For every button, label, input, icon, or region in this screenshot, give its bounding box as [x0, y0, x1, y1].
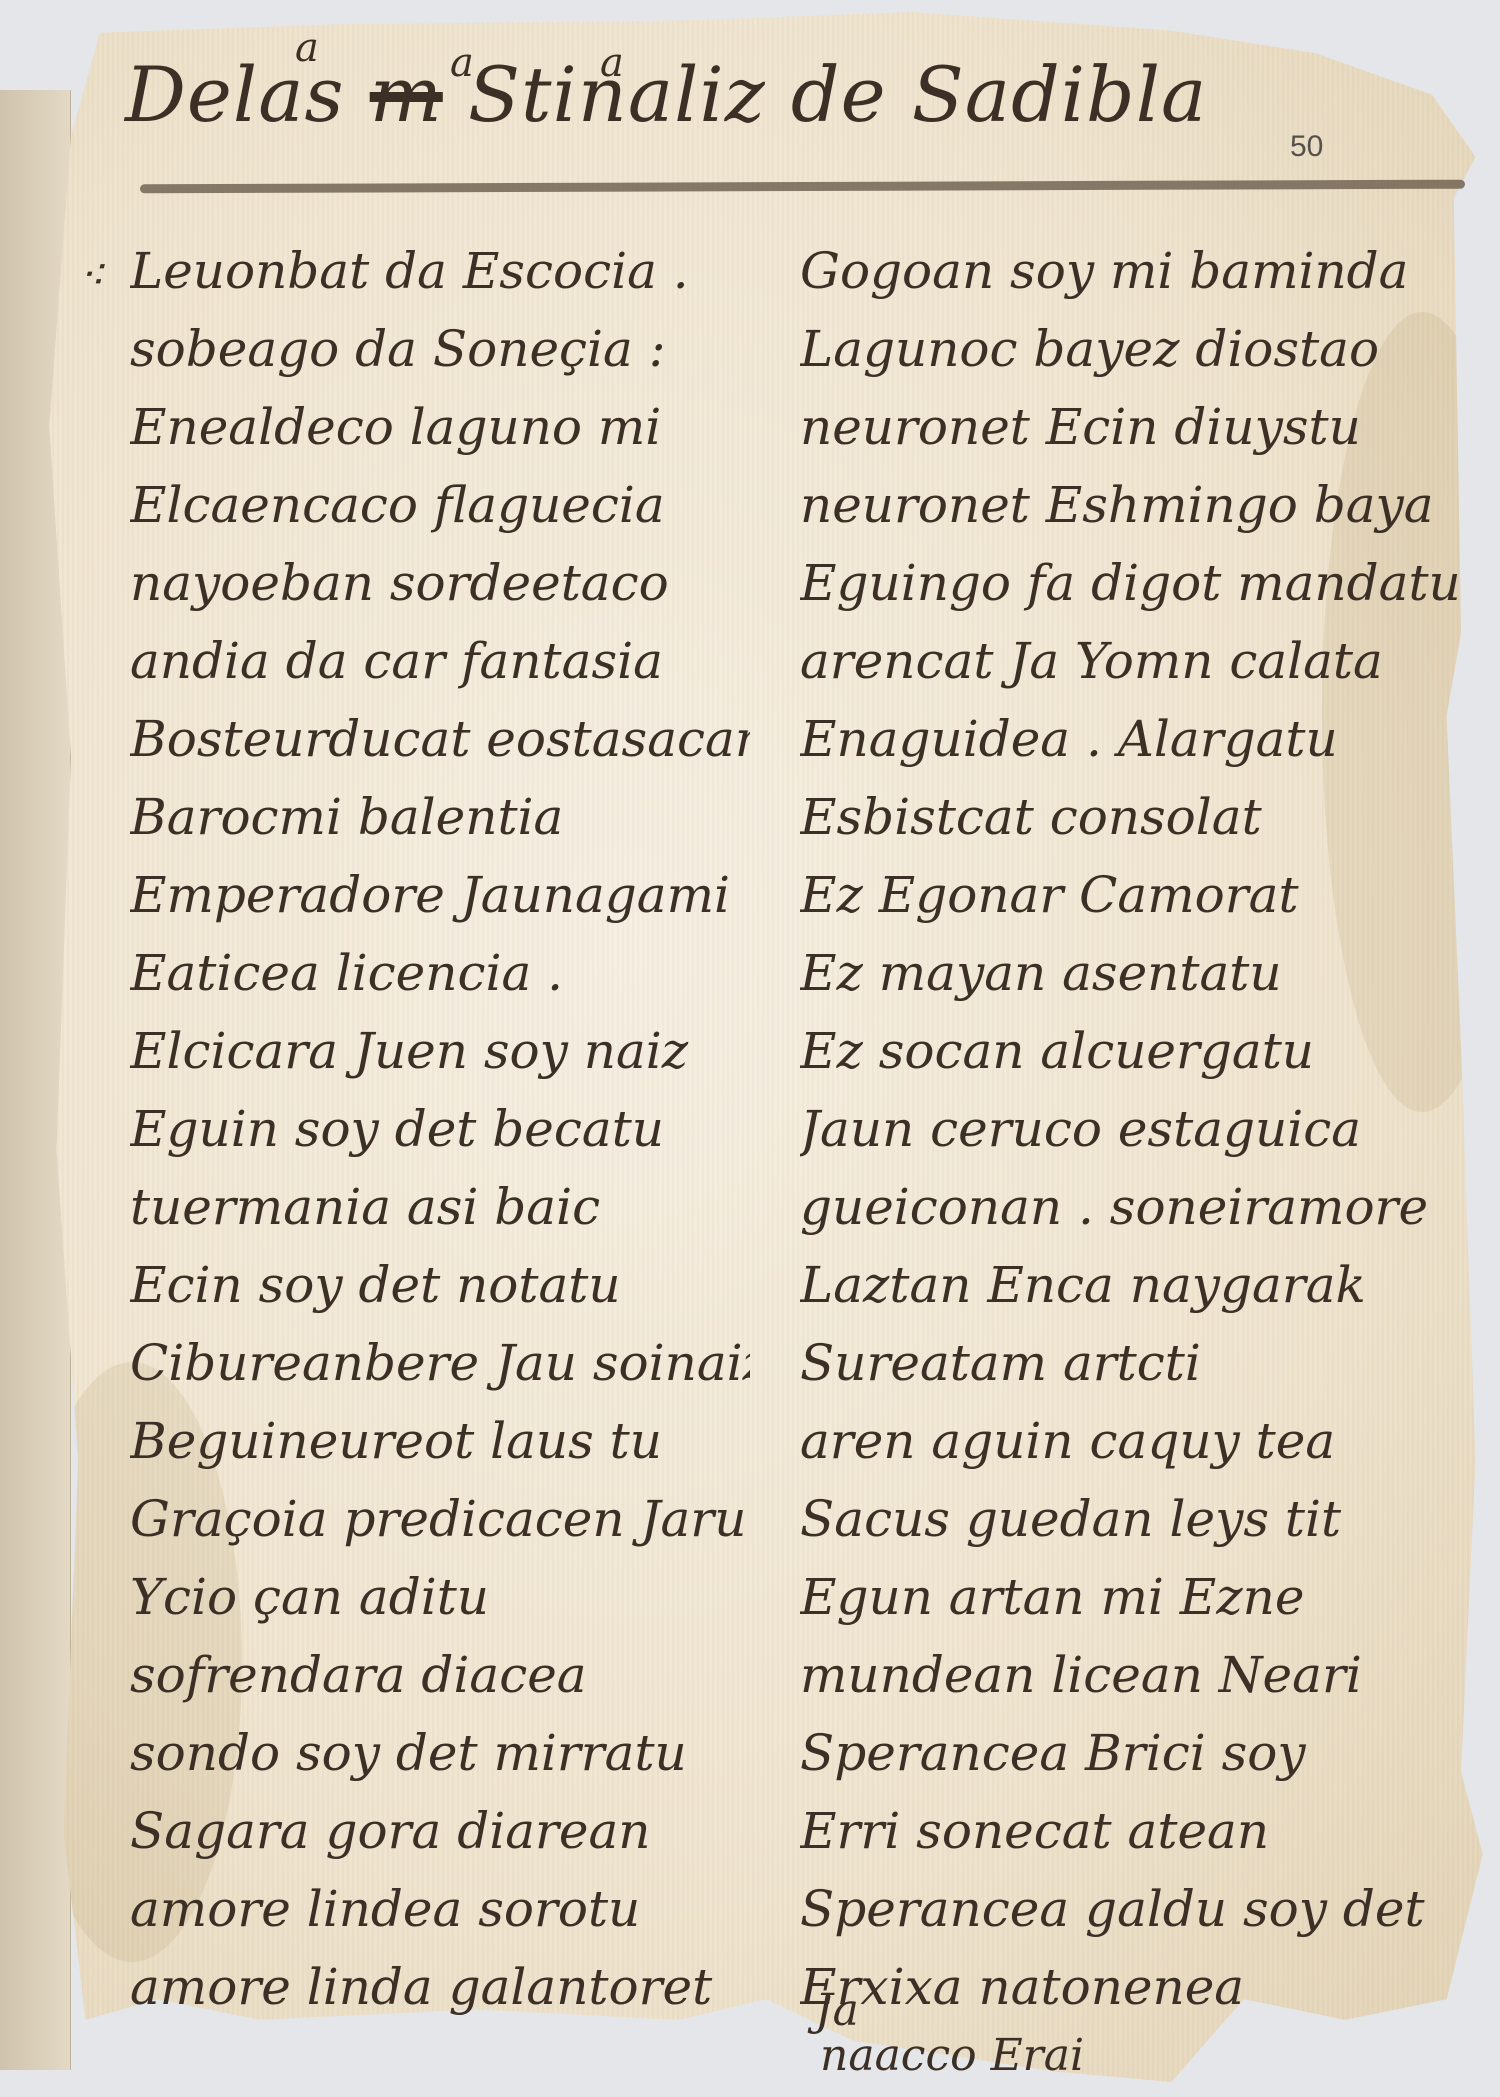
- verse-line: Elcicara Juen soy naiz: [130, 1012, 750, 1090]
- verse-line: tuermania asi baic: [130, 1168, 750, 1246]
- verse-line: Lagunoc bayez diostao: [800, 310, 1460, 388]
- verse-line: Sperancea galdu soy det: [800, 1870, 1460, 1948]
- verse-line: Sagara gora diarean: [130, 1792, 750, 1870]
- verse-line: Enealdeco laguno mi: [130, 388, 750, 466]
- left-column: Leuonbat da Escocia . sobeago da Soneçia…: [130, 232, 750, 2026]
- right-column: Gogoan soy mi baminda Lagunoc bayez dios…: [800, 232, 1460, 2026]
- verse-line: Eguin soy det becatu: [130, 1090, 750, 1168]
- verse-line: gueiconan . soneiramore: [800, 1168, 1460, 1246]
- verse-line: sondo soy det mirratu: [130, 1714, 750, 1792]
- verse-line: Sperancea Brici soy: [800, 1714, 1460, 1792]
- torn-fragment-text: Ja: [815, 1985, 859, 2036]
- verse-line: Ecin soy det notatu: [130, 1246, 750, 1324]
- verse-line: Laztan Enca naygarak: [800, 1246, 1460, 1324]
- verse-line: sofrendara diacea: [130, 1636, 750, 1714]
- verse-line: Barocmi balentia: [130, 778, 750, 856]
- verse-line: amore linda galantoret: [130, 1948, 750, 2026]
- verse-line: Elcaencaco flaguecia: [130, 466, 750, 544]
- verse-line: neuronet Ecin diuystu: [800, 388, 1460, 466]
- title-superscript: a: [295, 25, 319, 71]
- verse-line: Emperadore Jaunagami: [130, 856, 750, 934]
- verse-line: Jaun ceruco estaguica: [800, 1090, 1460, 1168]
- verse-line: arencat Ja Yomn calata: [800, 622, 1460, 700]
- title-suffix: Stinaliz de Sadibla: [468, 50, 1207, 139]
- verse-line: Sureatam artcti: [800, 1324, 1460, 1402]
- verse-line: nayoeban sordeetaco: [130, 544, 750, 622]
- verse-line: Eguingo fa digot mandatu: [800, 544, 1460, 622]
- verse-line: amore lindea sorotu: [130, 1870, 750, 1948]
- verse-line: Eaticea licencia .: [130, 934, 750, 1012]
- verse-line: neuronet Eshmingo baya: [800, 466, 1460, 544]
- verse-line: Ez mayan asentatu: [800, 934, 1460, 1012]
- verse-line: Sacus guedan leys tit: [800, 1480, 1460, 1558]
- verse-line: Egun artan mi Ezne: [800, 1558, 1460, 1636]
- verse-line: Ez socan alcuergatu: [800, 1012, 1460, 1090]
- page-title: Delas m Stinaliz de Sadibla: [125, 50, 1207, 139]
- verse-line: Bosteurducat eostasacan: [130, 700, 750, 778]
- verse-line: Graçoia predicacen Jaru: [130, 1480, 750, 1558]
- verse-line: Enaguidea . Alargatu: [800, 700, 1460, 778]
- verse-line: andia da car fantasia: [130, 622, 750, 700]
- verse-line: Erri sonecat atean: [800, 1792, 1460, 1870]
- torn-fragment-text: naacco Erai: [820, 2030, 1084, 2081]
- verse-line: Gogoan soy mi baminda: [800, 232, 1460, 310]
- title-superscript: a: [450, 40, 474, 86]
- folio-number: 50: [1290, 130, 1323, 164]
- verse-line: Cibureanbere Jau soinaiz: [130, 1324, 750, 1402]
- verse-line: mundean licean Neari: [800, 1636, 1460, 1714]
- verse-line: Beguineureot laus tu: [130, 1402, 750, 1480]
- verse-line: Leuonbat da Escocia .: [130, 232, 750, 310]
- verse-line: Ycio çan aditu: [130, 1558, 750, 1636]
- title-struck-word: m: [370, 50, 443, 139]
- margin-marker: ⁖: [78, 250, 104, 301]
- verse-line: sobeago da Soneçia :: [130, 310, 750, 388]
- verse-line: Esbistcat consolat: [800, 778, 1460, 856]
- verse-line: Erxixa natonenea: [800, 1948, 1460, 2026]
- verse-line: Ez Egonar Camorat: [800, 856, 1460, 934]
- verse-line: aren aguin caquy tea: [800, 1402, 1460, 1480]
- title-superscript: a: [600, 40, 624, 86]
